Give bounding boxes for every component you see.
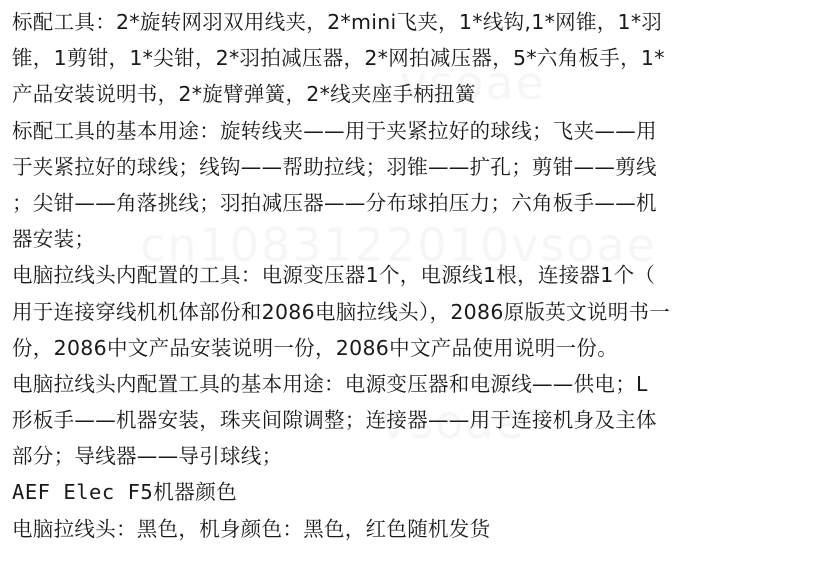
text-line: 形板手——机器安装，珠夹间隙调整；连接器——用于连接机身及主体 (12, 402, 820, 438)
paragraph-standard-tools: 标配工具：2*旋转网羽双用线夹，2*mini飞夹，1*线钩,1*网锥，1*羽 锥… (12, 4, 820, 113)
text-line: 部分；导线器——导引球线； (12, 438, 820, 474)
text-line: 电脑拉线头：黑色，机身颜色：黑色，红色随机发货 (12, 511, 820, 547)
text-line: ；尖钳——角落挑线；羽拍减压器——分布球拍压力；六角板手——机 (12, 185, 820, 221)
text-line: AEF Elec F5机器颜色 (12, 474, 820, 510)
product-description-document: 标配工具：2*旋转网羽双用线夹，2*mini飞夹，1*线钩,1*网锥，1*羽 锥… (12, 4, 820, 547)
text-line: 器安装； (12, 221, 820, 257)
text-line: 份，2086中文产品安装说明一份，2086中文产品使用说明一份。 (12, 330, 820, 366)
paragraph-electronic-head-tools: 电脑拉线头内配置的工具：电源变压器1个，电源线1根，连接器1个（ 用于连接穿线机… (12, 257, 820, 366)
text-line: 电脑拉线头内配置的工具：电源变压器1个，电源线1根，连接器1个（ (12, 257, 820, 293)
text-line: 电脑拉线头内配置工具的基本用途：电源变压器和电源线——供电；L (12, 366, 820, 402)
text-line: 标配工具：2*旋转网羽双用线夹，2*mini飞夹，1*线钩,1*网锥，1*羽 (12, 4, 820, 40)
text-line: 于夹紧拉好的球线；线钩——帮助拉线；羽锥——扩孔；剪钳——剪线 (12, 149, 820, 185)
text-line: 用于连接穿线机机体部份和2086电脑拉线头），2086原版英文说明书一 (12, 294, 820, 330)
text-line: 标配工具的基本用途：旋转线夹——用于夹紧拉好的球线；飞夹——用 (12, 113, 820, 149)
paragraph-standard-tools-usage: 标配工具的基本用途：旋转线夹——用于夹紧拉好的球线；飞夹——用 于夹紧拉好的球线… (12, 113, 820, 258)
paragraph-machine-color: 电脑拉线头：黑色，机身颜色：黑色，红色随机发货 (12, 511, 820, 547)
paragraph-machine-color-heading: AEF Elec F5机器颜色 (12, 474, 820, 510)
text-line: 产品安装说明书，2*旋臂弹簧，2*线夹座手柄扭簧 (12, 76, 820, 112)
text-line: 锥，1剪钳，1*尖钳，2*羽拍减压器，2*网拍减压器，5*六角板手，1* (12, 40, 820, 76)
paragraph-electronic-head-tools-usage: 电脑拉线头内配置工具的基本用途：电源变压器和电源线——供电；L 形板手——机器安… (12, 366, 820, 475)
